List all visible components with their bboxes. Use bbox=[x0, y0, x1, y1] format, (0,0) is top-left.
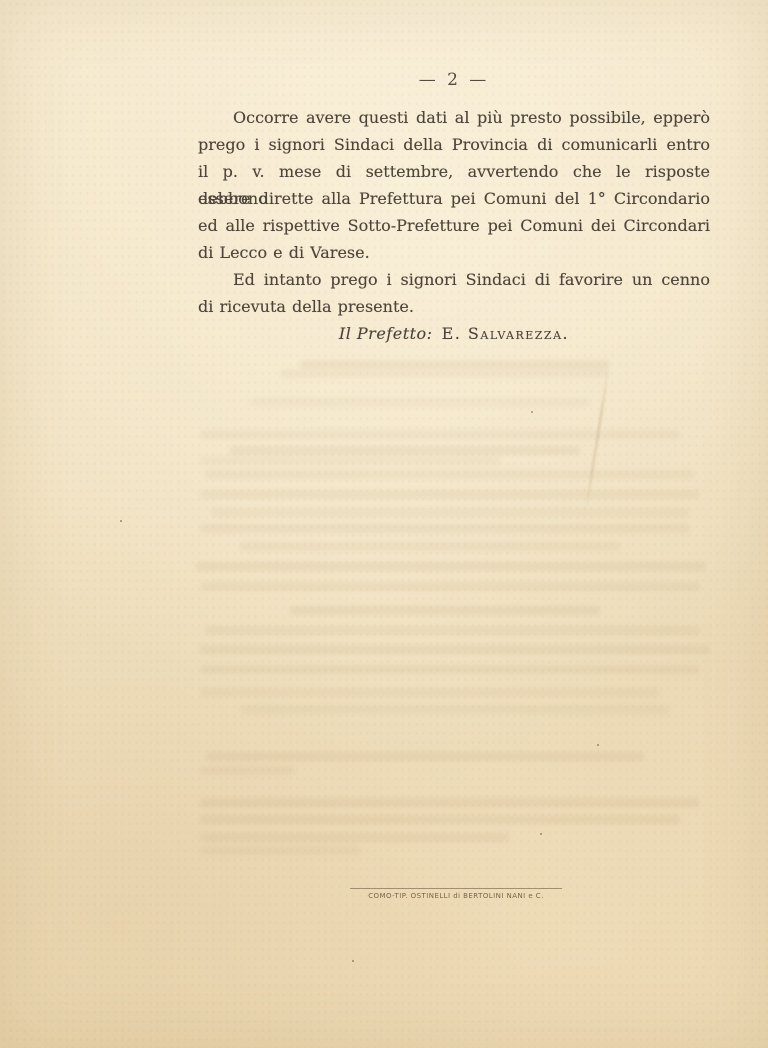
crease-mark bbox=[585, 369, 610, 513]
signature-line: Il Prefetto:E. Salvarezza. bbox=[198, 324, 710, 343]
bleedthrough-line bbox=[200, 645, 710, 654]
bleedthrough-line bbox=[200, 430, 680, 439]
bleedthrough-line bbox=[205, 626, 700, 635]
bleedthrough-line bbox=[280, 369, 610, 378]
scanned-document-page: — 2 — Occorre avere questi dati al più p… bbox=[0, 0, 768, 1048]
bleedthrough-line bbox=[200, 490, 700, 499]
bleedthrough-line bbox=[205, 752, 645, 761]
bleedthrough-line bbox=[240, 705, 670, 714]
bleedthrough-line bbox=[290, 606, 600, 615]
signature-role: Il Prefetto: bbox=[339, 324, 433, 343]
text-line: il p. v. mese di settembre, avvertendo c… bbox=[198, 158, 710, 185]
paper-speck bbox=[531, 411, 533, 413]
bleedthrough-line bbox=[200, 524, 690, 533]
bleedthrough-line bbox=[200, 846, 360, 855]
text-line: di Lecco e di Varese. bbox=[198, 239, 710, 266]
text-line: di ricevuta della presente. bbox=[198, 293, 710, 320]
bleedthrough-line bbox=[205, 470, 695, 479]
signature-name: E. Salvarezza. bbox=[442, 324, 570, 343]
paragraph: Occorre avere questi dati al più presto … bbox=[198, 104, 710, 266]
bleedthrough-line bbox=[200, 582, 700, 591]
bleedthrough-line bbox=[200, 456, 500, 465]
bleedthrough-line bbox=[200, 665, 700, 674]
bleedthrough-line bbox=[230, 446, 580, 455]
bleedthrough-line bbox=[210, 508, 690, 517]
page-number: — 2 — bbox=[198, 70, 710, 90]
text-line: Occorre avere questi dati al più presto … bbox=[198, 104, 710, 131]
paper-speck bbox=[540, 833, 542, 835]
bleedthrough-line bbox=[200, 798, 700, 807]
text-line: ed alle rispettive Sotto-Prefetture pei … bbox=[198, 212, 710, 239]
paper-speck bbox=[120, 520, 122, 522]
bleedthrough-line bbox=[200, 766, 295, 775]
bleedthrough-line bbox=[250, 398, 590, 407]
text-line: Ed intanto prego i signori Sindaci di fa… bbox=[198, 266, 710, 293]
printer-imprint: COMO-TIP. OSTINELLI di BERTOLINI NANI e … bbox=[350, 888, 562, 900]
paper-speck bbox=[597, 744, 599, 746]
text-line: essere dirette alla Prefettura pei Comun… bbox=[198, 185, 710, 212]
paper-speck bbox=[352, 960, 354, 962]
bleedthrough-line bbox=[200, 815, 680, 824]
bleedthrough-line bbox=[200, 833, 510, 842]
bleedthrough-line bbox=[240, 542, 620, 551]
bleedthrough-line bbox=[300, 360, 610, 369]
bleedthrough-line bbox=[200, 688, 660, 697]
paragraph: Ed intanto prego i signori Sindaci di fa… bbox=[198, 266, 710, 320]
text-line: prego i signori Sindaci della Provincia … bbox=[198, 131, 710, 158]
bleedthrough-line bbox=[196, 562, 706, 571]
body-text: Occorre avere questi dati al più presto … bbox=[198, 104, 710, 320]
